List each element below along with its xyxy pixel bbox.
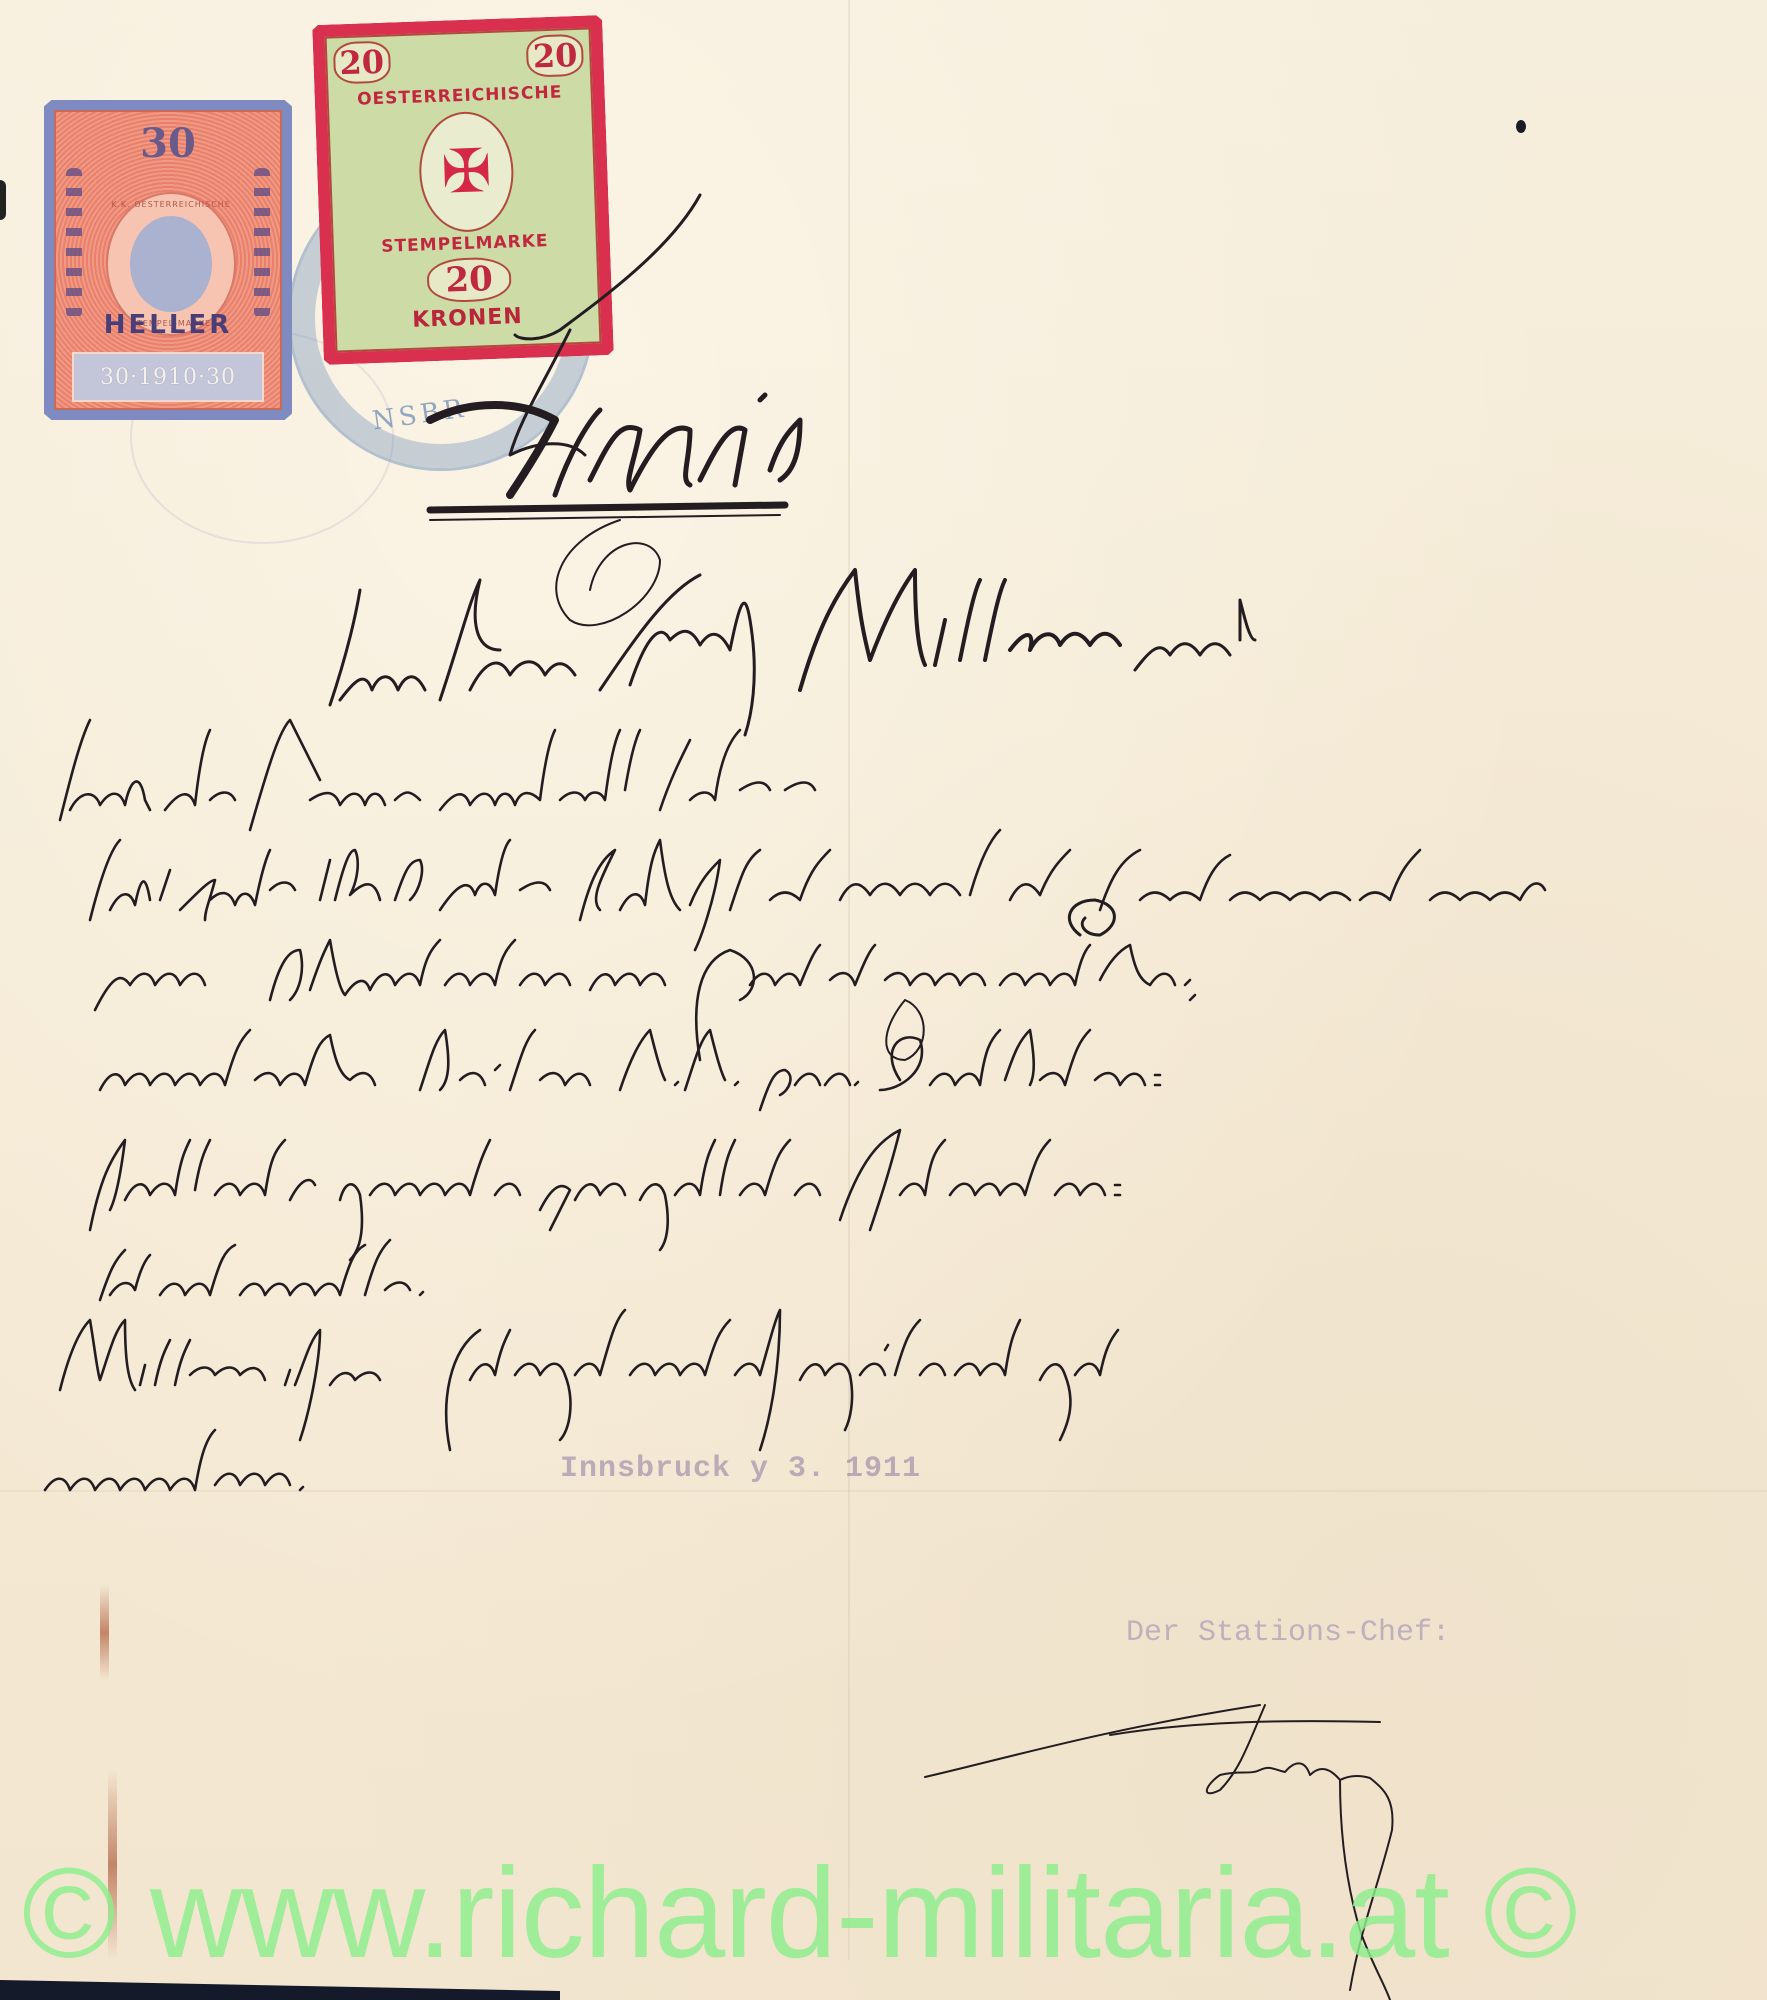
stamp-ring-text: K.K. OESTERREICHISCHE (108, 200, 234, 209)
stamp-year-bar: 30·1910·30 (72, 352, 264, 402)
stamp-corner-value: 20 (333, 40, 391, 84)
body-line: seit 1. August 1910 als Aushilfs-Kanzlei… (90, 860, 911, 900)
date-stamp: Innsbruck y 3. 1911 (560, 1452, 921, 1486)
signature-block-label: Der Stations-Chef: (1126, 1616, 1450, 1650)
ornament-icon (66, 168, 82, 318)
body-line: Mitterer ist im Telegraphendienst geübt … (60, 1345, 899, 1385)
body-line: hiemit das Zeugnis ausgestellt, daß er (60, 770, 721, 810)
body-line: graphendienste bei der k.k. priv. Südbah… (100, 1050, 837, 1090)
stamp-unit: HELLER (56, 310, 280, 340)
signature: (handwritten signature) (1200, 1740, 1613, 1780)
body-line: verwendbar. (45, 1455, 259, 1495)
scan-edge-mark (0, 180, 6, 220)
stamp-value: 30 (56, 120, 280, 167)
eagle-emblem-icon: ✠ (417, 110, 515, 233)
revenue-stamp-30-heller: 30 K.K. OESTERREICHISCHE STEMPEL-MARKE H… (44, 100, 292, 420)
stamp-arc-text: STEMPELMARKE (344, 230, 587, 258)
copyright-watermark: © www.richard-militaria.at © (22, 1840, 1577, 1987)
emperor-profile-icon (130, 216, 212, 312)
revenue-stamp-20-kronen: 20 20 OESTERREICHISCHE ✠ STEMPELMARKE 20… (312, 15, 614, 365)
ink-blot (1516, 120, 1526, 133)
stamp-unit: KRONEN (336, 301, 599, 335)
document-title: Zeugnis (480, 420, 618, 460)
paper-fold-horizontal (0, 1490, 1767, 1492)
stamp-value: 20 (426, 256, 511, 303)
ornament-icon (254, 168, 270, 318)
body-line: seinen Obliegenheiten im Expeditdienst u… (95, 960, 955, 1000)
salutation-line: Dem Herrn Rudolf Mitterer wird (330, 640, 894, 680)
stamp-corner-value: 20 (526, 34, 584, 78)
body-line: Gesellschaft jederzeit zur vollsten Zufr… (90, 1160, 867, 1200)
rust-stain (100, 1585, 109, 1680)
stamp-arc-text: OESTERREICHISCHE (338, 82, 581, 110)
body-line: heit entsprochen hat. (100, 1260, 469, 1300)
